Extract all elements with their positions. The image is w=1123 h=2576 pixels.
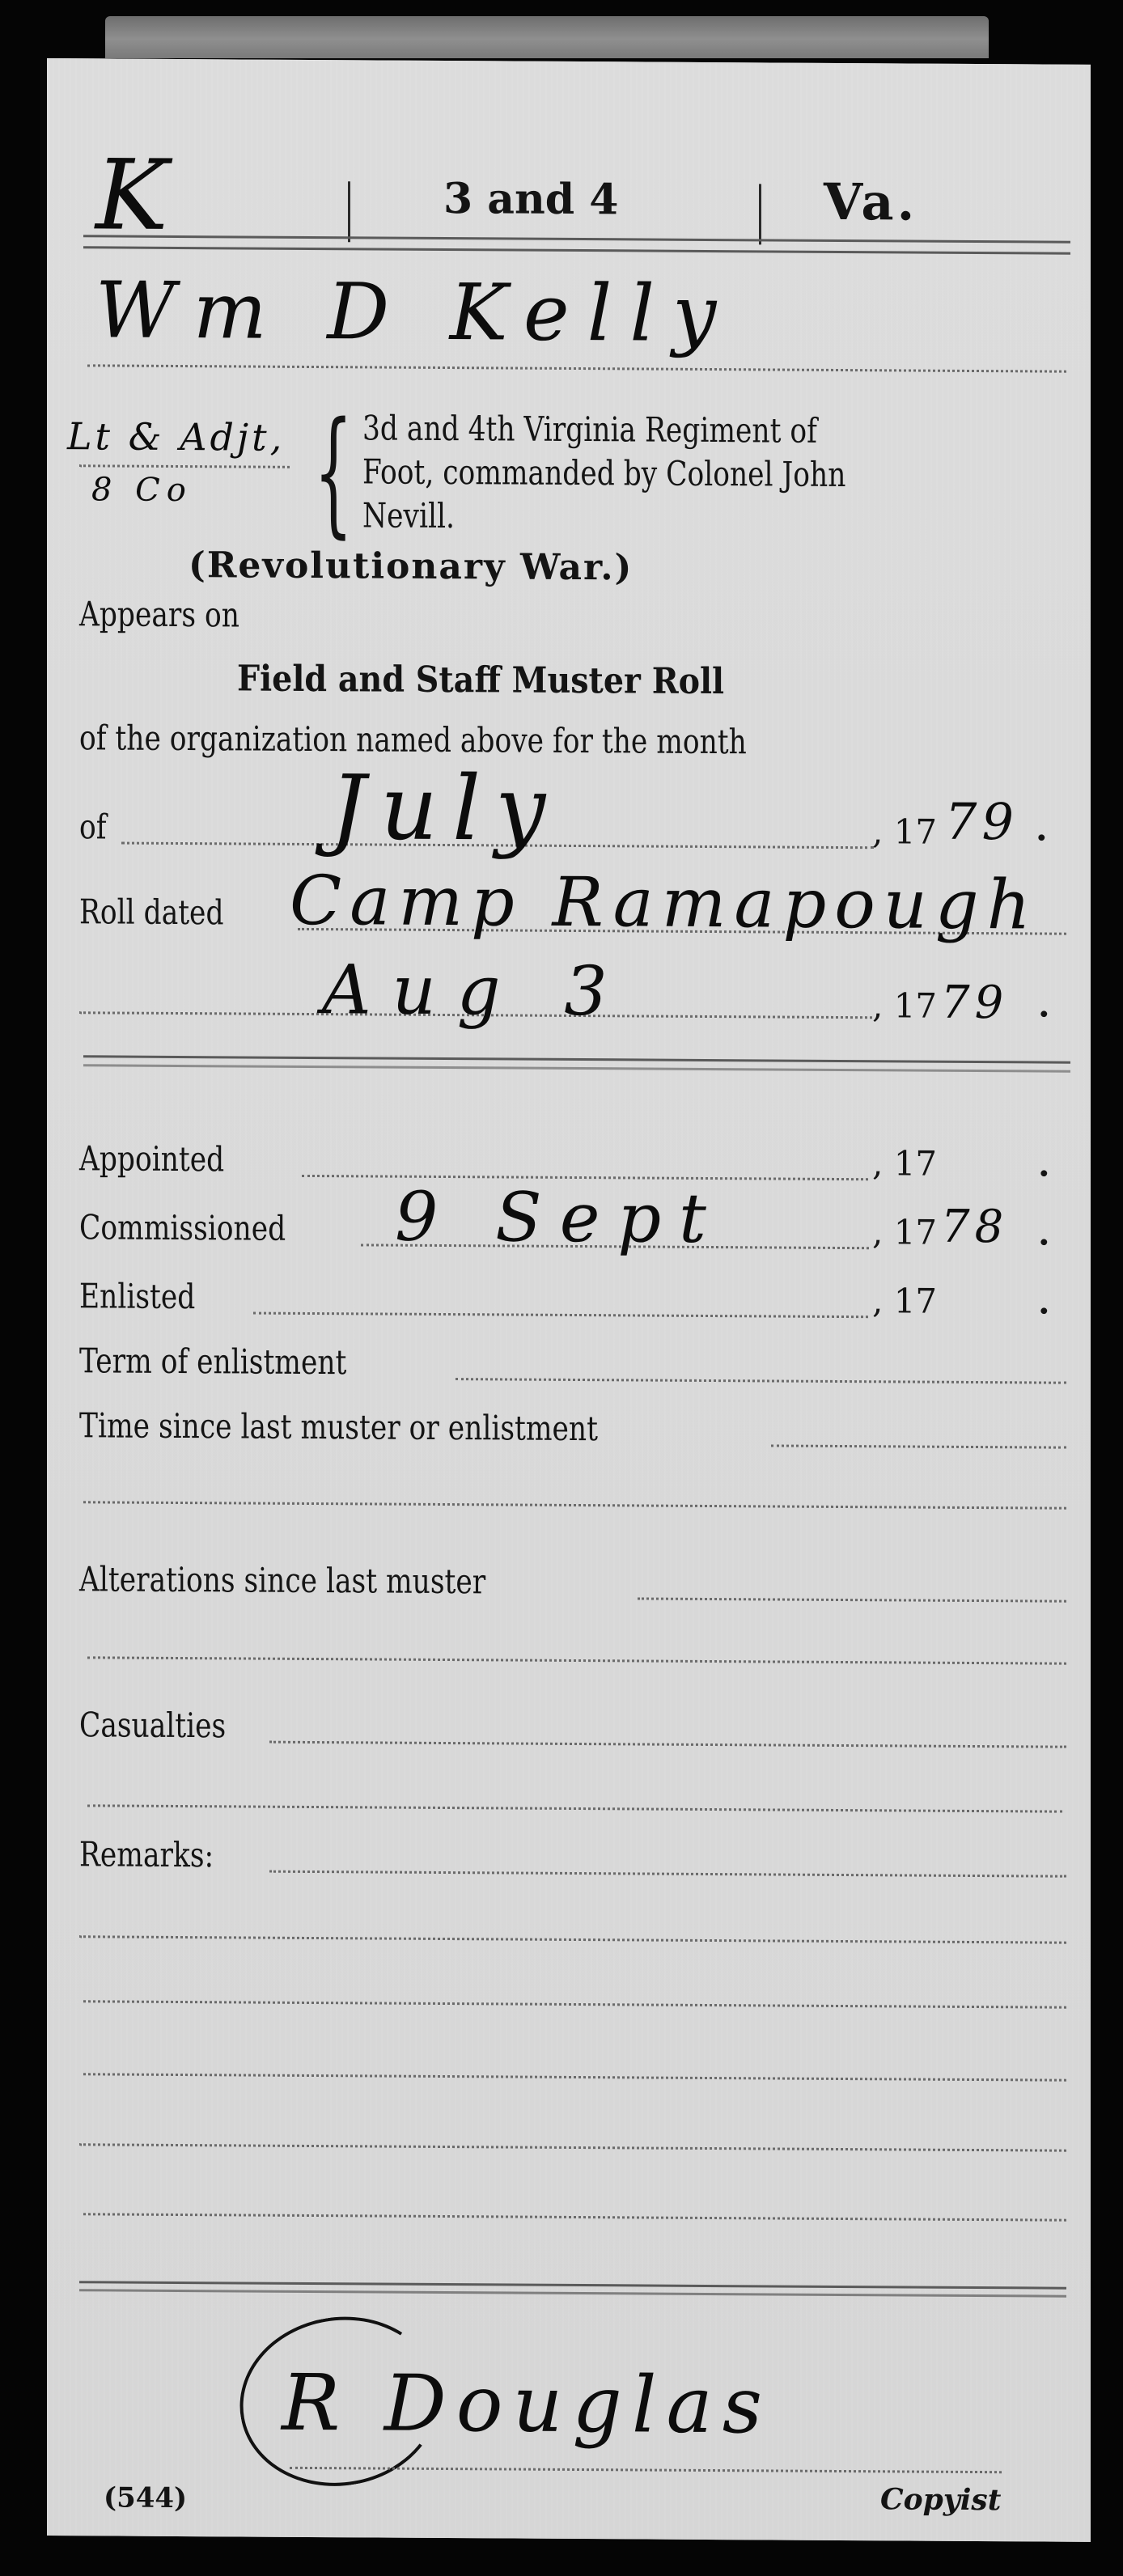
- soldier-name: Wm D Kelly: [95, 265, 734, 359]
- enlisted-year-prefix: , 17: [872, 1281, 937, 1320]
- remarks-field-line-2[interactable]: [79, 1935, 1066, 1943]
- remarks-field-line-3[interactable]: [83, 2000, 1066, 2008]
- header-state: Va.: [824, 172, 917, 232]
- middle-double-rule-bottom: [83, 1064, 1070, 1072]
- rank-line-2: 8 Co: [91, 471, 193, 509]
- rank-dotted-line: [79, 464, 290, 468]
- footer-double-rule-top: [79, 2281, 1066, 2289]
- time-since-label: Time since last muster or enlistment: [79, 1405, 598, 1448]
- month-year-suffix: 79: [945, 792, 1019, 852]
- commissioned-year-prefix: , 17: [872, 1212, 937, 1252]
- footer-double-rule-bottom: [79, 2289, 1066, 2297]
- card-tab-strip: [105, 16, 989, 58]
- appointed-year-prefix: , 17: [872, 1143, 937, 1183]
- header-regiment-numbers: 3 and 4: [443, 174, 618, 224]
- copyist-signature: R Douglas: [282, 2358, 772, 2451]
- header-divider-1: [348, 181, 350, 242]
- remarks-field-line-5[interactable]: [79, 2143, 1066, 2151]
- time-since-field-line[interactable]: [771, 1444, 1066, 1448]
- month-label: of: [79, 807, 106, 846]
- month-year-prefix: , 17: [872, 811, 937, 851]
- organization-line-3: Nevill.: [362, 495, 455, 536]
- header-double-rule-top: [83, 235, 1070, 243]
- organization-brace: {: [314, 404, 353, 540]
- term-field-line[interactable]: [456, 1378, 1066, 1384]
- alterations-label: Alterations since last muster: [79, 1559, 485, 1601]
- roll-dated-label: Roll dated: [79, 892, 223, 932]
- remarks-field-line-4[interactable]: [83, 2073, 1066, 2081]
- copyist-label: Copyist: [880, 2482, 1001, 2517]
- commissioned-value: 9 Sept: [395, 1177, 724, 1258]
- month-value: July: [330, 756, 560, 861]
- rank-line-1: Lt & Adjt,: [67, 414, 285, 460]
- casualties-field-line[interactable]: [269, 1741, 1066, 1748]
- regiment-numbers-text: 3 and 4: [443, 174, 618, 224]
- remarks-label: Remarks:: [79, 1834, 214, 1875]
- remarks-field-line-6[interactable]: [83, 2213, 1066, 2221]
- organization-line-2: Foot, commanded by Colonel John: [362, 451, 845, 494]
- roll-date-end-period: .: [1038, 985, 1050, 1024]
- roll-date-year-prefix: , 17: [872, 985, 937, 1025]
- roll-date-value: Aug 3: [322, 950, 629, 1031]
- commissioned-label: Commissioned: [79, 1207, 286, 1248]
- roll-type-title: Field and Staff Muster Roll: [237, 658, 724, 702]
- header-double-rule-bottom: [83, 246, 1070, 254]
- enlisted-field-line[interactable]: [253, 1312, 868, 1319]
- organization-line-1: 3d and 4th Virginia Regiment of: [362, 408, 817, 450]
- war-name: (Revolutionary War.): [189, 544, 633, 588]
- casualties-field-line-2[interactable]: [87, 1804, 1062, 1812]
- remarks-field-line-1[interactable]: [269, 1871, 1066, 1878]
- commissioned-year-suffix: 78: [941, 1201, 1008, 1254]
- time-since-field-line-2[interactable]: [83, 1501, 1066, 1509]
- term-label: Term of enlistment: [79, 1341, 346, 1382]
- alterations-field-line[interactable]: [638, 1597, 1066, 1602]
- form-number: (544): [104, 2481, 187, 2515]
- appears-on-label: Appears on: [79, 594, 239, 634]
- header-divider-2: [759, 184, 761, 244]
- roll-date-year-suffix: 79: [941, 977, 1008, 1030]
- muster-roll-card: K 3 and 4 Va. Wm D Kelly Lt & Adjt, 8 Co…: [47, 58, 1091, 2542]
- appointed-label: Appointed: [79, 1138, 224, 1179]
- month-end-period: .: [1036, 808, 1048, 848]
- roll-dated-value: Camp Ramapough: [290, 861, 1039, 945]
- casualties-label: Casualties: [79, 1705, 226, 1745]
- appointed-end-period: .: [1038, 1144, 1050, 1184]
- enlisted-label: Enlisted: [79, 1276, 195, 1316]
- alterations-field-line-2[interactable]: [87, 1656, 1066, 1664]
- name-dotted-line: [87, 364, 1066, 372]
- enlisted-end-period: .: [1038, 1282, 1050, 1321]
- commissioned-end-period: .: [1038, 1213, 1050, 1252]
- of-organization-text: of the organization named above for the …: [79, 718, 747, 761]
- middle-double-rule-top: [83, 1055, 1070, 1063]
- copyist-signature-line[interactable]: [290, 2467, 1002, 2473]
